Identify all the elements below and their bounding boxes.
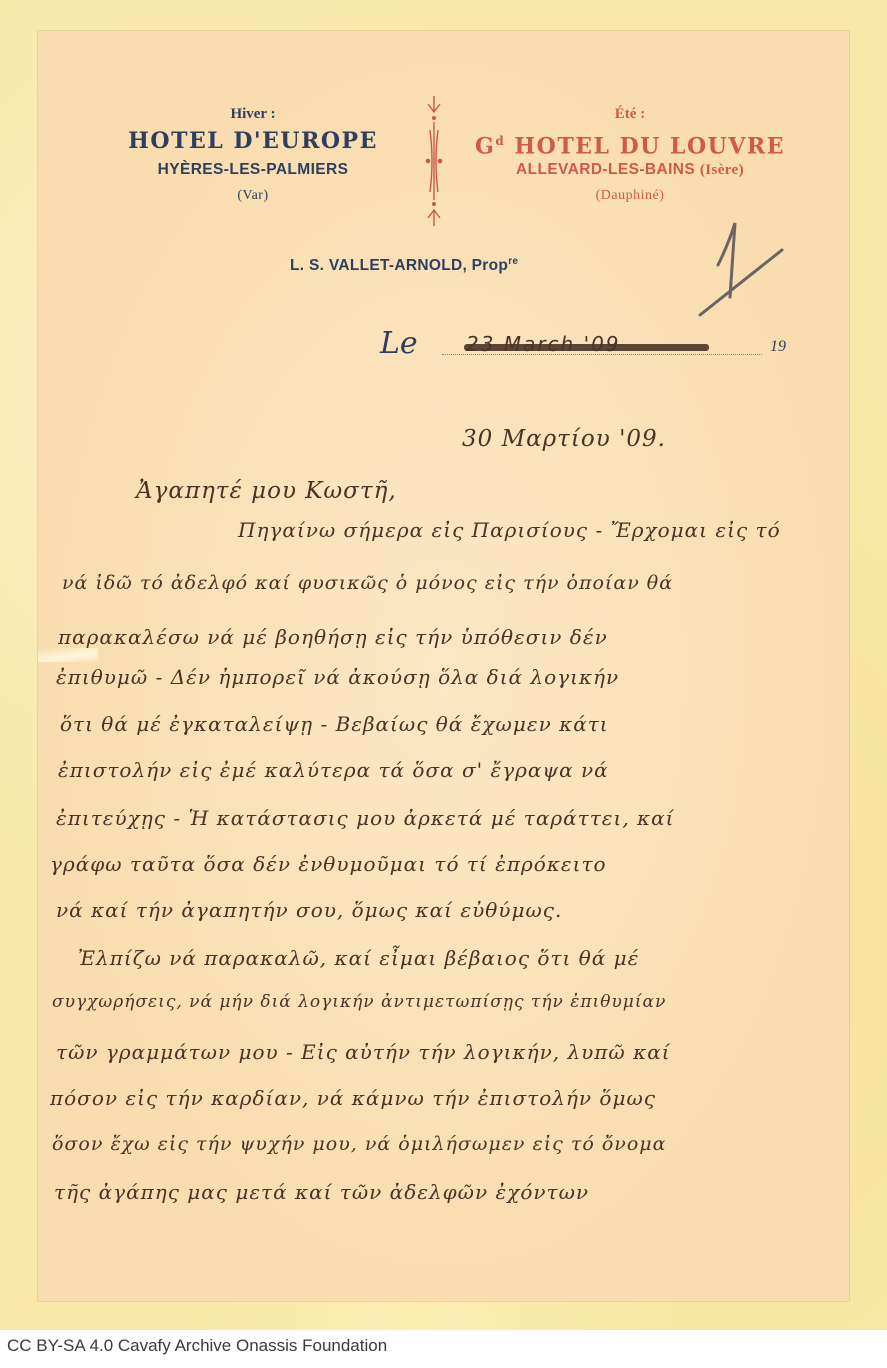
summer-town-dept: (Isère) bbox=[700, 162, 744, 178]
letter-line: ἐπιτεύχῃς - Ἡ κατάστασις μου ἀρκετά μέ τ… bbox=[56, 806, 675, 830]
letter-line: παρακαλέσω νά μέ βοηθήσῃ εἰς τήν ὑπόθεσι… bbox=[58, 625, 608, 649]
date-prefix: Le bbox=[380, 326, 418, 361]
grand-abbrev-sup: d bbox=[495, 134, 505, 148]
letter-line: νά ἰδῶ τό ἀδελφό καί φυσικῶς ὁ μόνος εἰς… bbox=[62, 572, 673, 594]
letter-greeting: Ἀγαπητέ μου Κωστῆ, bbox=[136, 478, 397, 504]
winter-hotel-name: HOTEL D'EUROPE bbox=[88, 126, 418, 156]
winter-hotel-region: (Var) bbox=[88, 184, 418, 208]
paper-fold-mark bbox=[38, 648, 98, 662]
letter-line: ἐπιθυμῶ - Δέν ἠμπορεῖ νά ἀκούσῃ ὅλα διά … bbox=[56, 665, 619, 689]
summer-label: Été : bbox=[460, 102, 800, 126]
pencil-number-mark-icon bbox=[690, 205, 800, 320]
letter-line: ὅτι θά μέ ἐγκαταλείψῃ - Βεβαίως θά ἔχωμε… bbox=[60, 712, 609, 736]
letter-date: 30 Μαρτίου '09. bbox=[462, 426, 666, 452]
letter-line: ὅσον ἔχω εἰς τήν ψυχήν μου, νά ὁμιλήσωμε… bbox=[52, 1133, 666, 1155]
letter-line: γράφω ταῦτα ὅσα δέν ἐνθυμοῦμαι τό τί ἐπρ… bbox=[50, 852, 607, 876]
letter-line: τῆς ἀγάπης μας μετά καί τῶν ἀδελφῶν ἐχόν… bbox=[54, 1180, 589, 1204]
date-line: Le 23 March '09 19 bbox=[380, 326, 800, 366]
letter-line: νά καί τήν ἀγαπητήν σου, ὅμως καί εὐθύμω… bbox=[56, 898, 562, 922]
letterhead-summer: Été : Gd HOTEL DU LOUVRE ALLEVARD-LES-BA… bbox=[460, 102, 800, 208]
double-arrow-divider-icon bbox=[424, 96, 444, 226]
proprietor-sup: re bbox=[508, 256, 518, 267]
date-year-prefix: 19 bbox=[770, 338, 786, 356]
letter-line: συγχωρήσεις, νά μήν διά λογικήν ἀντιμετω… bbox=[52, 992, 666, 1012]
proprietor-line: L. S. VALLET-ARNOLD, Propre bbox=[290, 256, 630, 275]
letter-line: πόσον εἰς τήν καρδίαν, νά κάμνω τήν ἐπισ… bbox=[50, 1086, 656, 1110]
letterhead-winter: Hiver : HOTEL D'EUROPE HYÈRES-LES-PALMIE… bbox=[88, 102, 418, 208]
summer-hotel-name: Gd HOTEL DU LOUVRE bbox=[460, 126, 800, 156]
summer-hotel-town: ALLEVARD-LES-BAINS (Isère) bbox=[460, 156, 800, 184]
winter-hotel-town: HYÈRES-LES-PALMIERS bbox=[88, 156, 418, 184]
license-credit: CC BY-SA 4.0 Cavafy Archive Onassis Foun… bbox=[7, 1336, 387, 1356]
summer-town-name: ALLEVARD-LES-BAINS bbox=[516, 161, 695, 178]
grand-abbrev: G bbox=[475, 133, 495, 159]
winter-label: Hiver : bbox=[88, 102, 418, 126]
letter-line: ἐπιστολήν εἰς ἐμέ καλύτερα τά ὅσα σ' ἔγρ… bbox=[58, 758, 609, 782]
letter-line: Πηγαίνω σήμερα εἰς Παρισίους - Ἔρχομαι ε… bbox=[238, 518, 781, 542]
letter-line: τῶν γραμμάτων μου - Εἰς αὐτήν τήν λογική… bbox=[56, 1040, 671, 1064]
proprietor-name: L. S. VALLET-ARNOLD, Prop bbox=[290, 257, 508, 274]
strikethrough-bar bbox=[464, 344, 709, 351]
letter-line: Ἐλπίζω νά παρακαλῶ, καί εἶμαι βέβαιος ὅτ… bbox=[78, 946, 639, 970]
